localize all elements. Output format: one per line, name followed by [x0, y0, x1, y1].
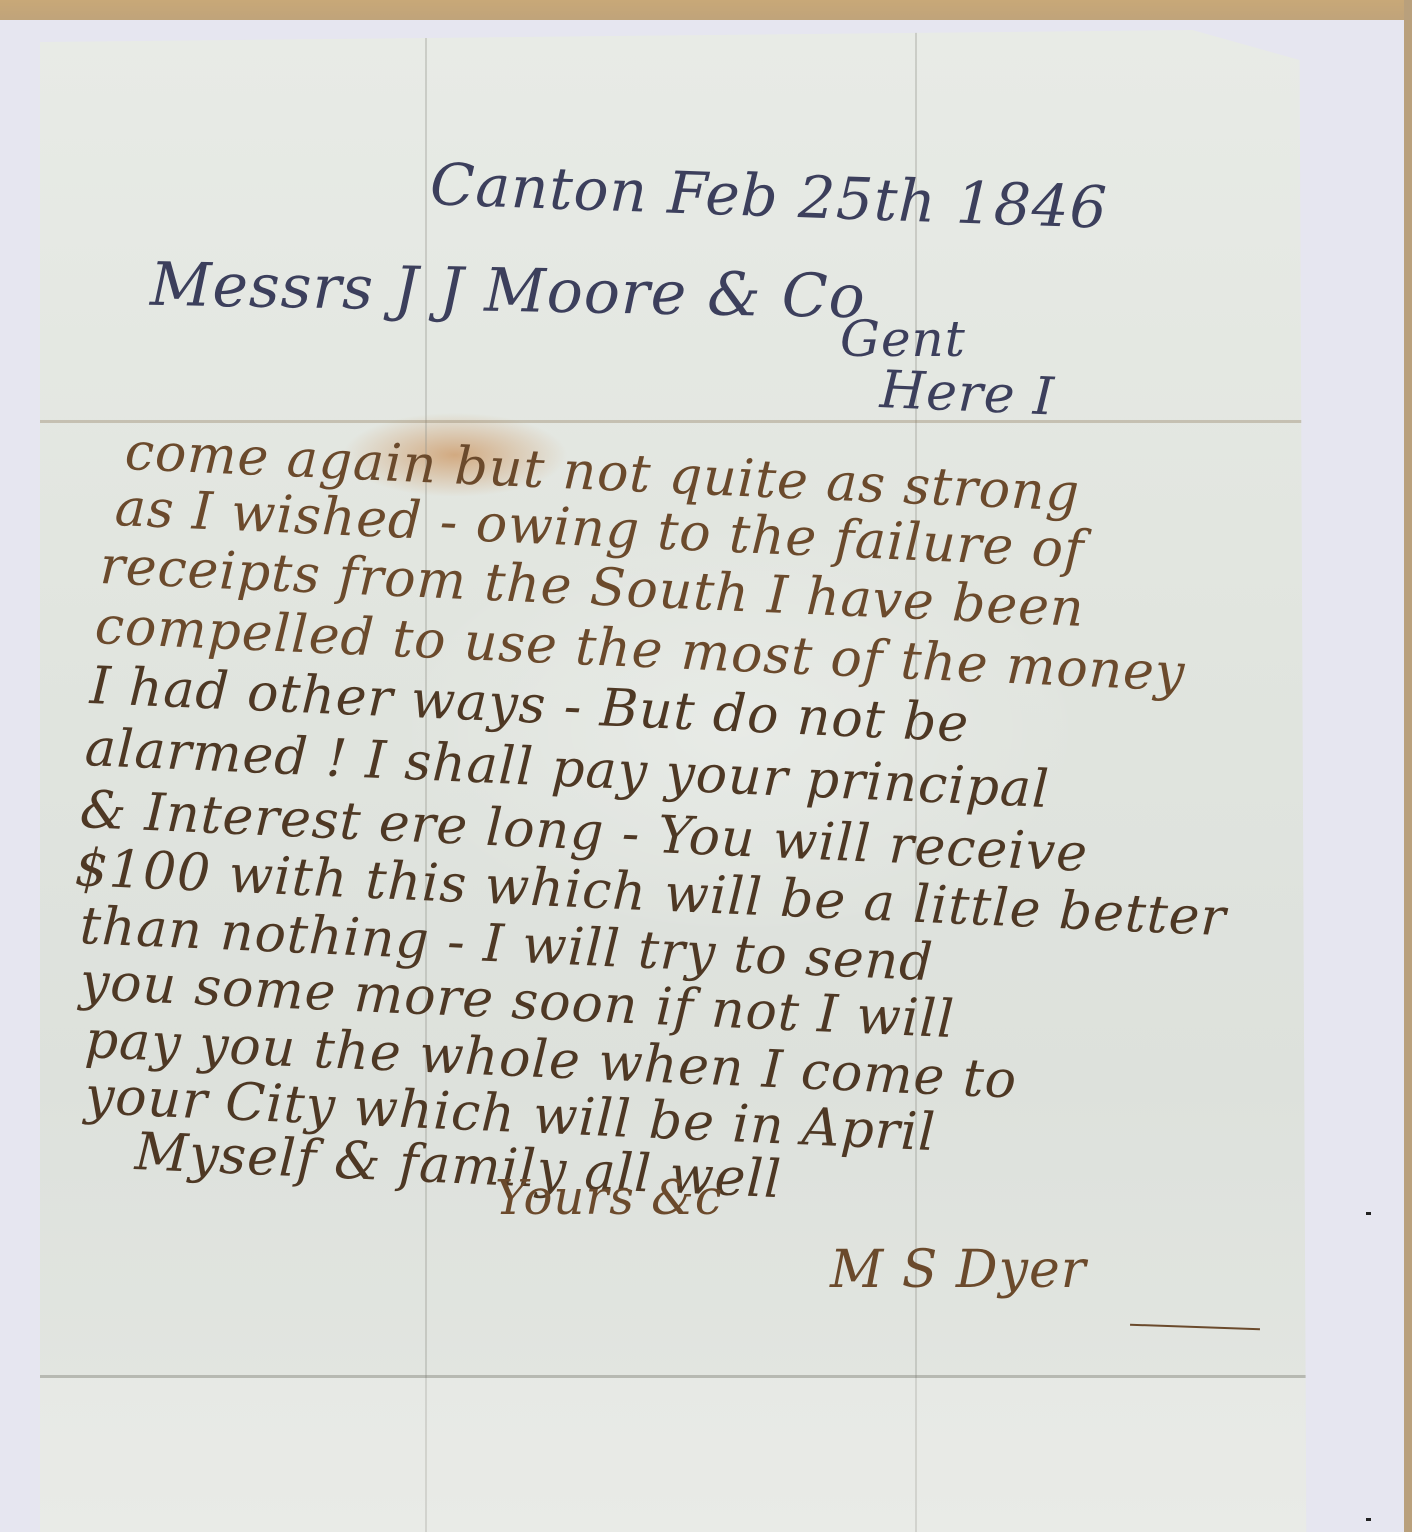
body-line: Here I	[879, 360, 1056, 428]
dateline: Canton Feb 25th 1846	[429, 150, 1109, 242]
horizontal-fold-line	[40, 420, 1340, 423]
lower-fold-panel	[40, 1378, 1340, 1532]
letter-paper: Canton Feb 25th 1846 Messrs J J Moore & …	[40, 30, 1380, 1532]
salutation: Gent	[840, 310, 966, 368]
edge-mark	[1366, 1212, 1371, 1215]
closing: Yours &c	[495, 1170, 723, 1226]
recipient: Messrs J J Moore & Co	[149, 250, 866, 332]
signature-flourish	[1130, 1324, 1260, 1331]
edge-mark	[1366, 1518, 1371, 1521]
horizontal-fold-line	[40, 1375, 1340, 1378]
signature: M S Dyer	[830, 1240, 1087, 1300]
table-surface-right	[1404, 0, 1412, 1532]
table-surface-top	[0, 0, 1412, 22]
